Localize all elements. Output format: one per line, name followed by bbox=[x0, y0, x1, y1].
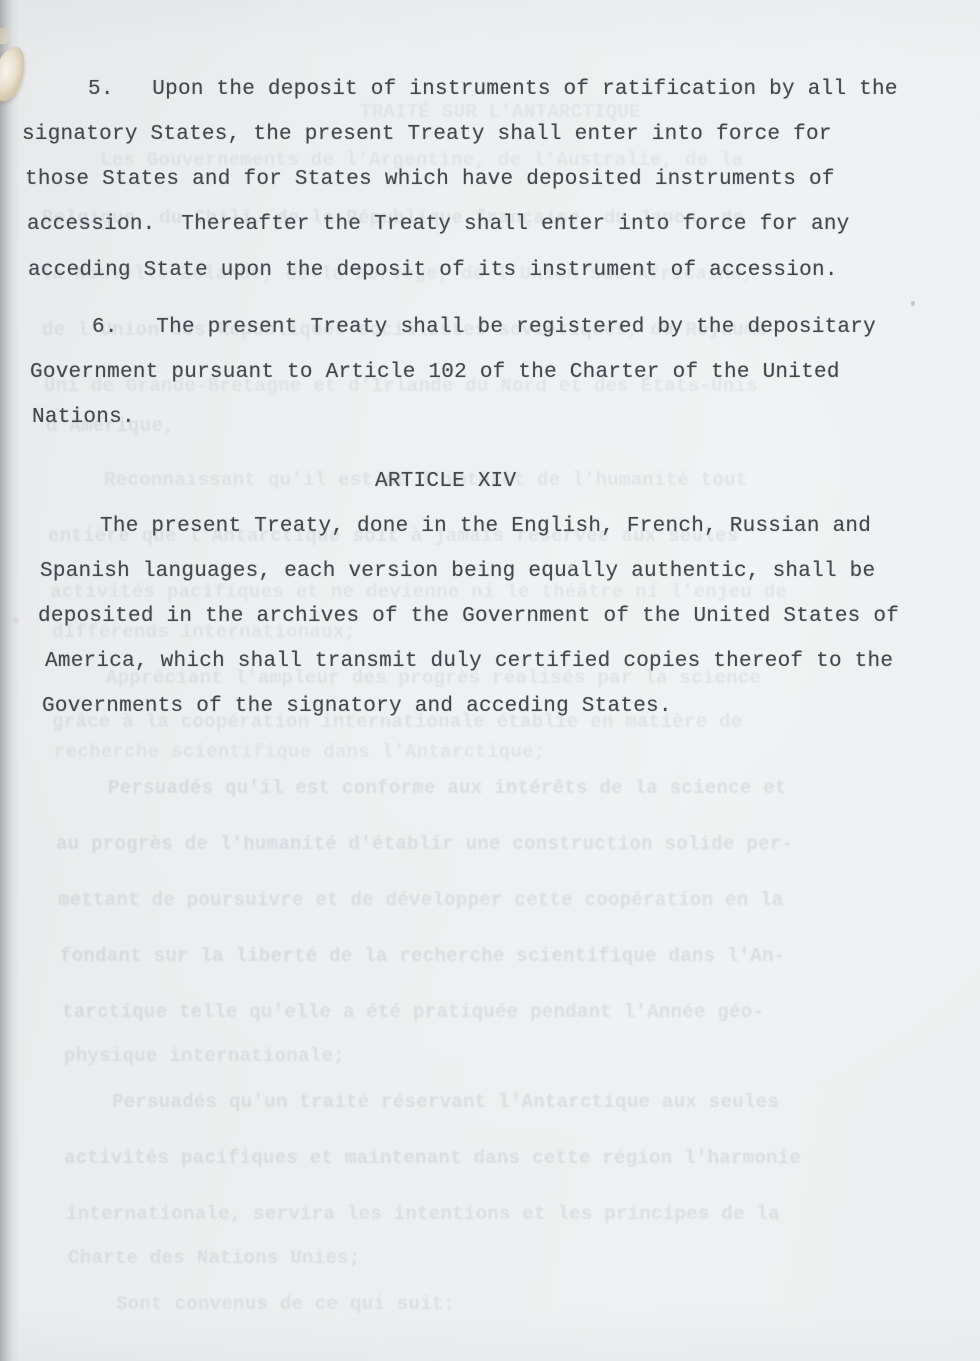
paragraph-6-line-3: Nations. bbox=[32, 404, 135, 431]
paragraph-5-line-1: 5. Upon the deposit of instruments of ra… bbox=[88, 76, 898, 103]
article-xiv-body-line-2: Spanish languages, each version being eq… bbox=[40, 558, 875, 585]
scanned-document-page: TRAITÉ SUR L'ANTARCTIQUELes Gouvernement… bbox=[0, 0, 980, 1361]
typed-text-layer: 5. Upon the deposit of instruments of ra… bbox=[0, 0, 980, 1361]
page-left-edge-shadow bbox=[0, 0, 20, 1361]
paragraph-5-line-3: those States and for States which have d… bbox=[25, 166, 835, 193]
paragraph-5-line-4: accession. Thereafter the Treaty shall e… bbox=[27, 211, 850, 238]
paper-tear-notch bbox=[0, 28, 9, 44]
paragraph-5-line-5: acceding State upon the deposit of its i… bbox=[28, 257, 838, 284]
paragraph-6-line-2: Government pursuant to Article 102 of th… bbox=[30, 359, 840, 386]
article-xiv-body-line-4: America, which shall transmit duly certi… bbox=[45, 648, 893, 675]
article-xiv-heading-line-1: ARTICLE XIV bbox=[375, 468, 516, 495]
article-xiv-body-line-3: deposited in the archives of the Governm… bbox=[38, 603, 899, 630]
article-xiv-body-line-1: The present Treaty, done in the English,… bbox=[100, 513, 871, 540]
paragraph-5-line-2: signatory States, the present Treaty sha… bbox=[22, 121, 832, 148]
paper-speck bbox=[911, 301, 915, 306]
paper-speck bbox=[569, 565, 574, 569]
article-xiv-body-line-5: Governments of the signatory and accedin… bbox=[42, 693, 672, 720]
paragraph-6-line-1: 6. The present Treaty shall be registere… bbox=[92, 314, 876, 341]
